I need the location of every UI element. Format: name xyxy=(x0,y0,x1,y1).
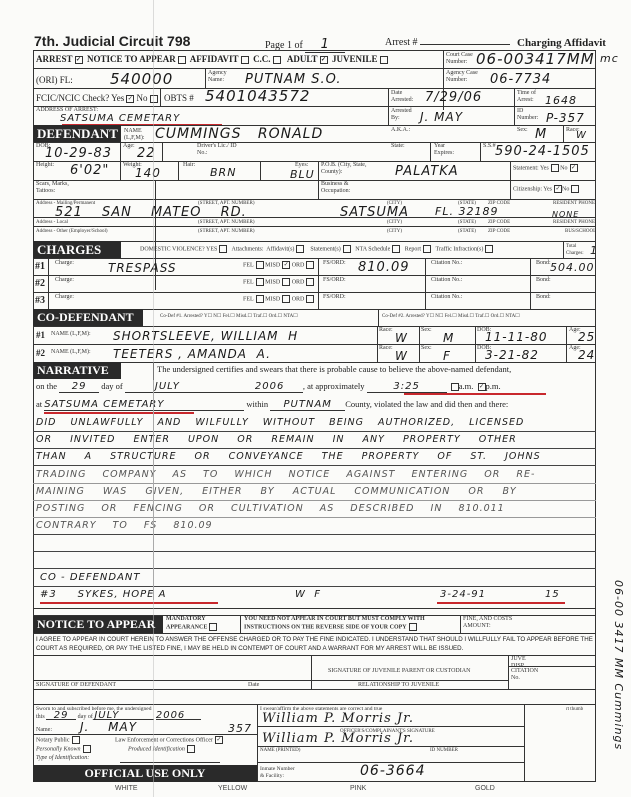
time-arrest-label: Time of Arrest: xyxy=(517,90,543,104)
other-street-label: (STREET, APT. NUMBER) xyxy=(198,228,254,235)
officer-signature: William P. Morris Jr. xyxy=(262,711,414,726)
sex-value: M xyxy=(443,331,454,345)
approx-label: , at approximately xyxy=(303,381,365,391)
phone-label: RESIDENT PHONE xyxy=(553,200,595,207)
sworn-day: 29 xyxy=(46,712,76,720)
arrest-number-label: Arrest # xyxy=(385,37,418,48)
fsord-value: 810.09 xyxy=(358,260,410,275)
nta-checkbox[interactable] xyxy=(178,56,186,64)
nta-option[interactable]: NOTICE TO APPEAR xyxy=(87,54,176,64)
ori-label: (ORI) FL: xyxy=(36,75,73,85)
charges-section-header: CHARGES xyxy=(33,241,121,258)
leo-label: Law Enforcement or Corrections Officer xyxy=(115,737,213,743)
defendant-name-value: CUMMINGS RONALD xyxy=(155,126,323,142)
race-label: Race: xyxy=(379,327,393,334)
agency-case-label: Agency Case Number: xyxy=(446,70,486,84)
juvenile-option[interactable]: JUVENILE xyxy=(332,54,378,64)
fcic-no-label: No xyxy=(137,93,148,103)
date-arrested-value: 7/29/06 xyxy=(425,90,482,105)
statement-yes-label: Statement: Yes xyxy=(513,165,549,171)
aka-label: A.K.A.: xyxy=(391,127,410,134)
local-zip-label: ZIP CODE xyxy=(488,219,510,226)
thumb-label: rt thumb xyxy=(566,706,583,713)
mandatory-appearance: MANDATORY APPEARANCE xyxy=(166,616,236,631)
fcic-yes-checkbox[interactable]: ✓ xyxy=(126,95,134,103)
citizenship-no-label: No xyxy=(562,186,569,192)
pob-label: P.O.B. (City, State, County): xyxy=(321,162,381,176)
local-state-label: (STATE) xyxy=(458,219,476,226)
citizenship-yes-label: Citizenship: Yes xyxy=(513,186,552,192)
total-charges-value: 1 xyxy=(590,244,598,257)
local-phone-label: RESIDENT PHONE xyxy=(553,219,595,226)
id-number-value: P-357 xyxy=(546,111,585,125)
charge-type-flags: FEL MISD ORD xyxy=(243,278,314,286)
agency-name-value: PUTNAM S.O. xyxy=(245,72,341,87)
traffic-checkbox[interactable] xyxy=(485,245,493,253)
arrested-by-value: J. MAY xyxy=(420,110,463,124)
adult-option[interactable]: ADULT xyxy=(287,54,318,64)
business-label: Business & Occupation: xyxy=(321,181,366,195)
notary-option: Notary Public xyxy=(36,736,80,744)
citation-label: Citation No.: xyxy=(431,260,462,267)
citizenship-no-checkbox[interactable] xyxy=(571,185,579,193)
produced-id-checkbox[interactable] xyxy=(187,745,195,753)
statements-checkbox[interactable] xyxy=(343,245,351,253)
sworn-name-label: Name: xyxy=(36,727,52,734)
leo-checkbox[interactable]: ✓ xyxy=(215,736,223,744)
form-title: 7th. Judicial Circuit 798 xyxy=(34,33,190,49)
adult-checkbox[interactable]: ✓ xyxy=(320,56,328,64)
race-value: W xyxy=(395,331,408,345)
on-the-label: on the xyxy=(36,381,57,391)
defendant-section-header: DEFENDANT xyxy=(33,125,121,142)
misd-checkbox[interactable] xyxy=(282,295,290,303)
copy-pink: PINK xyxy=(350,785,366,792)
sworn-year: 2006 xyxy=(156,712,201,720)
race-value: W xyxy=(576,130,587,141)
narrative-location-line: at SATSUMA CEMETARY within PUTNAMCounty,… xyxy=(36,399,508,411)
citation-label: Citation No.: xyxy=(431,277,462,284)
day-of-label: day of xyxy=(101,381,122,391)
charge-row: #3 Charge: FEL MISD ORD FS/ORD: Citation… xyxy=(33,292,596,309)
narrative-line: TRADING COMPANY AS TO WHICH NOTICE AGAIN… xyxy=(36,469,535,480)
ord-label: ORD xyxy=(292,262,305,268)
sig-parent-label: SIGNATURE OF JUVENILE PARENT OR CUSTODIA… xyxy=(328,668,470,675)
sex-label: Sex: xyxy=(421,345,432,352)
agency-case-value: 06-7734 xyxy=(490,72,551,87)
narrative-line: CO - DEFENDANT xyxy=(40,572,141,583)
nta-section-header: NOTICE TO APPEAR xyxy=(33,615,163,633)
narrative-line: OR INVITED ENTER UPON OR REMAIN IN ANY P… xyxy=(36,434,517,445)
codefendant-name-value: TEETERS , AMANDA A. xyxy=(113,347,271,361)
charge-value: TRESPASS xyxy=(108,261,177,275)
obts-value: 5401043572 xyxy=(205,87,310,105)
need-not-checkbox[interactable] xyxy=(409,623,417,631)
arrested-by-label: Arrested By: xyxy=(391,108,417,122)
citizenship-yes-checkbox[interactable]: ✓ xyxy=(554,185,562,193)
narrative-time: 3:25 xyxy=(367,381,447,393)
fcic-label: FCIC/NCIC Check? Yes xyxy=(36,93,124,103)
county-text: County, violated the law and did then an… xyxy=(345,399,508,409)
personally-known-label: Personally Known xyxy=(36,746,81,752)
sex-value: F xyxy=(443,349,451,363)
statement-yes-checkbox[interactable] xyxy=(551,164,559,172)
sig-defendant-label: SIGNATURE OF DEFENDANT xyxy=(36,682,116,689)
codef3-race-sex: W F xyxy=(295,589,321,600)
ord-label: ORD xyxy=(292,279,305,285)
sworn-month: JULY xyxy=(94,712,154,720)
citation-label: Citation No.: xyxy=(431,294,462,301)
codef3-dob: 3-24-91 xyxy=(440,589,486,600)
cc-option[interactable]: C.C. xyxy=(253,54,271,64)
codefendant-name-label: NAME (L,F,M): xyxy=(51,331,91,338)
charge-label-1: Charge: xyxy=(55,260,74,267)
other-state-label: (STATE) xyxy=(458,228,476,235)
dv-yes-checkbox[interactable] xyxy=(219,245,227,253)
narrative-county: PUTNAM xyxy=(270,399,345,411)
statement-no-label: No xyxy=(560,165,567,171)
produced-id-option: Produced Identification xyxy=(128,745,195,753)
report-checkbox[interactable] xyxy=(423,245,431,253)
fsord-label: FS/ORD: xyxy=(323,260,346,267)
relationship-label: RELATIONSHIP TO JUVENILE xyxy=(358,682,439,689)
at-label: at xyxy=(36,399,42,409)
mandatory-checkbox[interactable] xyxy=(209,623,217,631)
misd-label: MISD xyxy=(265,279,280,285)
bond-value: 504.00 xyxy=(550,261,595,274)
hair-label: Hair: xyxy=(183,162,195,169)
agreement-text: I AGREE TO APPEAR IN COURT HEREIN TO ANS… xyxy=(36,635,593,653)
fold-line xyxy=(153,0,154,797)
ori-value: 540000 xyxy=(110,70,173,88)
charge-number: #3 xyxy=(35,295,45,306)
codef2-flags: Co-Def #2. Arrested? Y☐ N☐ Fel.☐ Misd.☐ … xyxy=(382,313,520,320)
inmate-number: 06-3664 xyxy=(360,763,426,779)
affidavits-checkbox[interactable] xyxy=(296,245,304,253)
charges-options: DOMESTIC VIOLENCE? YES Attachments: Affi… xyxy=(140,245,493,253)
race-value: W xyxy=(395,349,408,363)
ord-checkbox[interactable] xyxy=(306,295,314,303)
bus-school-label: BUS/SCHOOL xyxy=(565,228,596,235)
fel-label: FEL xyxy=(243,296,254,302)
narrative-location: SATSUMA CEMETARY xyxy=(44,399,244,411)
arrest-checkbox[interactable]: ✓ xyxy=(75,56,83,64)
other-city-label: (CITY) xyxy=(387,228,402,235)
fel-label: FEL xyxy=(243,279,254,285)
narrative-date-line: on the 29 day of JULY2006, at approximat… xyxy=(36,381,501,393)
state-label: State: xyxy=(391,143,405,150)
narrative-month: JULY xyxy=(125,381,255,393)
defendant-name-label: NAME (L,F,M): xyxy=(124,128,148,142)
pm-label: p.m. xyxy=(486,381,501,391)
fel-checkbox[interactable] xyxy=(256,261,264,269)
nta-schedule-label: NTA Schedule xyxy=(355,246,390,252)
within-label: within xyxy=(246,399,268,409)
ord-checkbox[interactable] xyxy=(306,261,314,269)
ssn-label: S.S.# xyxy=(483,143,496,150)
narrative-line: CONTRARY TO FS 810.09 xyxy=(36,520,213,531)
charge-row: #1 TRESPASS FEL MISD✓ ORD FS/ORD: 810.09… xyxy=(33,258,596,275)
sex-value: M xyxy=(535,127,547,142)
race-label: Race: xyxy=(379,345,393,352)
dv-yes-label: YES xyxy=(206,246,217,252)
printed-name-value: William P. Morris Jr. xyxy=(262,731,414,746)
misd-label: MISD xyxy=(265,296,280,302)
leo-option: Law Enforcement or Corrections Officer✓ xyxy=(115,736,223,744)
juvenile-checkbox[interactable] xyxy=(380,56,388,64)
statements-label: Statement(s) xyxy=(310,246,340,252)
arrest-number: Arrest # xyxy=(385,37,510,48)
this-label: this xyxy=(36,714,45,720)
other-address-label: Address - Other (Employer/School) xyxy=(36,228,108,235)
narrative-year: 2006 xyxy=(255,381,303,393)
codefendant-number: #2 xyxy=(36,348,45,358)
report-label: Report xyxy=(405,246,421,252)
codefendant-name-label: NAME (L,F,M): xyxy=(51,349,91,356)
citizenship-label: Citizenship: Yes✓No xyxy=(513,185,579,193)
fel-label: FEL xyxy=(243,262,254,268)
date-arrested-label: Date Arrested: xyxy=(391,90,419,104)
am-checkbox[interactable] xyxy=(451,383,459,391)
local-city-label: (CITY) xyxy=(387,219,402,226)
charge-type-flags: FEL MISD ORD xyxy=(243,295,314,303)
produced-id-label: Produced Identification xyxy=(128,746,185,752)
narrative-section-header: NARRATIVE xyxy=(33,362,121,379)
inmate-label: Inmate Number & Facility: xyxy=(260,766,300,780)
address-arrest-value: SATSUMA CEMETARY xyxy=(60,113,180,124)
affidavit-checkbox[interactable] xyxy=(241,56,249,64)
misd-checkbox[interactable]: ✓ xyxy=(282,261,290,269)
dob-value: 10-29-83 xyxy=(45,146,112,161)
nta-schedule-checkbox[interactable] xyxy=(392,245,400,253)
need-not-appear: YOU NEED NOT APPEAR IN COURT BUT MUST CO… xyxy=(244,616,440,631)
copy-white: WHITE xyxy=(115,785,138,792)
fine-costs-label: FINE, AND COSTS AMOUNT: xyxy=(463,616,523,630)
ord-label: ORD xyxy=(292,296,305,302)
id-number-label: ID Number: xyxy=(517,108,545,122)
statement-label: Statement: Yes No✓ xyxy=(513,164,578,172)
notary-label: Notary Public xyxy=(36,737,70,743)
need-not-label: YOU NEED NOT APPEAR IN COURT BUT MUST CO… xyxy=(244,616,425,630)
narrative-line: DID UNLAWFULLY AND WILFULLY WITHOUT BEIN… xyxy=(36,417,524,428)
codefendant-3-line: #3 SYKES, HOPE A xyxy=(40,589,166,600)
notary-checkbox[interactable] xyxy=(72,736,80,744)
form-name: Charging Affidavit xyxy=(517,37,606,49)
narrative-intro: The undersigned certifies and swears tha… xyxy=(157,364,511,374)
age-value: 25 xyxy=(578,330,595,344)
dob-value: 3-21-82 xyxy=(485,348,539,362)
misd-label: MISD xyxy=(265,262,280,268)
charge-number: #2 xyxy=(35,278,45,289)
narrative-line: THAN A STRUCTURE OR CONVEYANCE THE PROPE… xyxy=(36,451,541,462)
codefendant-name-value: SHORTSLEEVE, WILLIAM H xyxy=(113,329,298,343)
pob-value: PALATKA xyxy=(395,164,459,179)
charge-label: Charge: xyxy=(55,294,74,301)
height-label: Height: xyxy=(36,162,54,169)
mandatory-label: MANDATORY APPEARANCE xyxy=(166,616,207,630)
narrative-day: 29 xyxy=(59,381,99,393)
sworn-name-value: J. MAY xyxy=(80,720,137,734)
official-use-header: OFFICIAL USE ONLY xyxy=(33,765,257,782)
obts-label: OBTS # xyxy=(164,93,194,103)
citation-no-label: CITATION No. xyxy=(511,668,541,682)
local-address-label: Address - Local xyxy=(36,219,68,226)
local-street-label: (STREET, APT. NUMBER) xyxy=(198,219,254,226)
ssn-value: 590-24-1505 xyxy=(495,144,590,159)
fsord-label: FS/ORD: xyxy=(323,277,346,284)
affidavits-label: Affidavit(s) xyxy=(266,246,294,252)
codef1-flags: Co-Def #1. Arrested? Y☐ N☐ Fel.☐ Misd.☐ … xyxy=(160,313,298,320)
weight-value: 140 xyxy=(135,166,161,180)
pm-checkbox[interactable]: ✓ xyxy=(478,383,486,391)
fsord-label: FS/ORD: xyxy=(323,294,346,301)
total-charges-label: Total Charges: xyxy=(566,243,591,257)
dv-label: DOMESTIC VIOLENCE? xyxy=(140,246,205,252)
bond-label: Bond: xyxy=(536,260,551,267)
statement-no-checkbox[interactable]: ✓ xyxy=(570,164,578,172)
traffic-label: Traffic Infraction(s) xyxy=(436,246,484,252)
court-case-initials: mc xyxy=(600,52,619,65)
other-zip-label: ZIP CODE xyxy=(488,228,510,235)
sex-label: Sex: xyxy=(421,327,432,334)
ord-checkbox[interactable] xyxy=(306,278,314,286)
charge-type-flags: FEL MISD✓ ORD xyxy=(243,261,314,269)
copy-yellow: YELLOW xyxy=(218,785,247,792)
type-id-label: Type of Identification: xyxy=(36,755,89,762)
fcic-check: FCIC/NCIC Check? Yes✓ No xyxy=(36,93,158,103)
personally-known-checkbox[interactable] xyxy=(83,745,91,753)
court-case-number: 06-003417MM xyxy=(476,50,595,68)
age-label: Age: xyxy=(123,143,135,150)
bond-label: Bond: xyxy=(536,277,551,284)
personally-known-option: Personally Known xyxy=(36,745,91,753)
attachments-label: Attachments: xyxy=(232,246,264,252)
height-value: 6'02" xyxy=(70,163,109,178)
narrative-line: POSTING OR FENCING OR CULTIVATION AS DES… xyxy=(36,503,505,514)
hair-value: BRN xyxy=(210,166,236,179)
fel-checkbox[interactable] xyxy=(256,295,264,303)
codefendant-number: #1 xyxy=(36,330,45,340)
codefendant-row: #1 NAME (L,F,M): SHORTSLEEVE, WILLIAM H … xyxy=(33,326,596,344)
dob-value: 11-11-80 xyxy=(485,330,547,344)
affidavit-option[interactable]: AFFIDAVIT xyxy=(190,54,239,64)
codefendant-section-header: CO-DEFENDANT xyxy=(33,309,143,326)
date-label: Date xyxy=(248,682,259,689)
margin-note: 06-00 3417 MM Cummings xyxy=(612,580,625,750)
misd-checkbox[interactable] xyxy=(282,278,290,286)
codef3-age: 15 xyxy=(545,589,560,600)
cc-checkbox[interactable] xyxy=(273,56,281,64)
codef3-number: #3 xyxy=(40,589,57,600)
year-expires-label: Year Expires: xyxy=(434,143,464,157)
am-label: a.m. xyxy=(459,381,474,391)
narrative-line: MAINING WAS GIVEN, EITHER BY ACTUAL COMM… xyxy=(36,486,517,497)
codefendant-row: #2 NAME (L,F,M): TEETERS , AMANDA A. Rac… xyxy=(33,344,596,362)
id-number-printed-label: ID NUMBER xyxy=(430,747,458,754)
name-printed-label: NAME (PRINTED) xyxy=(260,747,300,754)
scars-label: Scars, Marks, Tattoos: xyxy=(36,181,76,195)
sex-label: Sex: xyxy=(517,127,528,134)
copy-gold: GOLD xyxy=(475,785,495,792)
charge-row: #2 Charge: FEL MISD ORD FS/ORD: Citation… xyxy=(33,275,596,292)
arrest-option[interactable]: ARREST xyxy=(36,54,73,64)
charge-label: Charge: xyxy=(55,277,74,284)
agency-name-label: Agency Name: xyxy=(208,70,230,84)
bond-label: Bond: xyxy=(536,294,551,301)
fel-checkbox[interactable] xyxy=(256,278,264,286)
dl-label: Driver's Lic./ ID No.: xyxy=(197,143,247,157)
court-case-label: Court Case Number: xyxy=(446,52,474,66)
form-type-row: ARREST✓ NOTICE TO APPEAR AFFIDAVIT C.C. … xyxy=(36,54,388,64)
age-value: 24 xyxy=(578,348,595,362)
charge-number: #1 xyxy=(35,261,45,272)
